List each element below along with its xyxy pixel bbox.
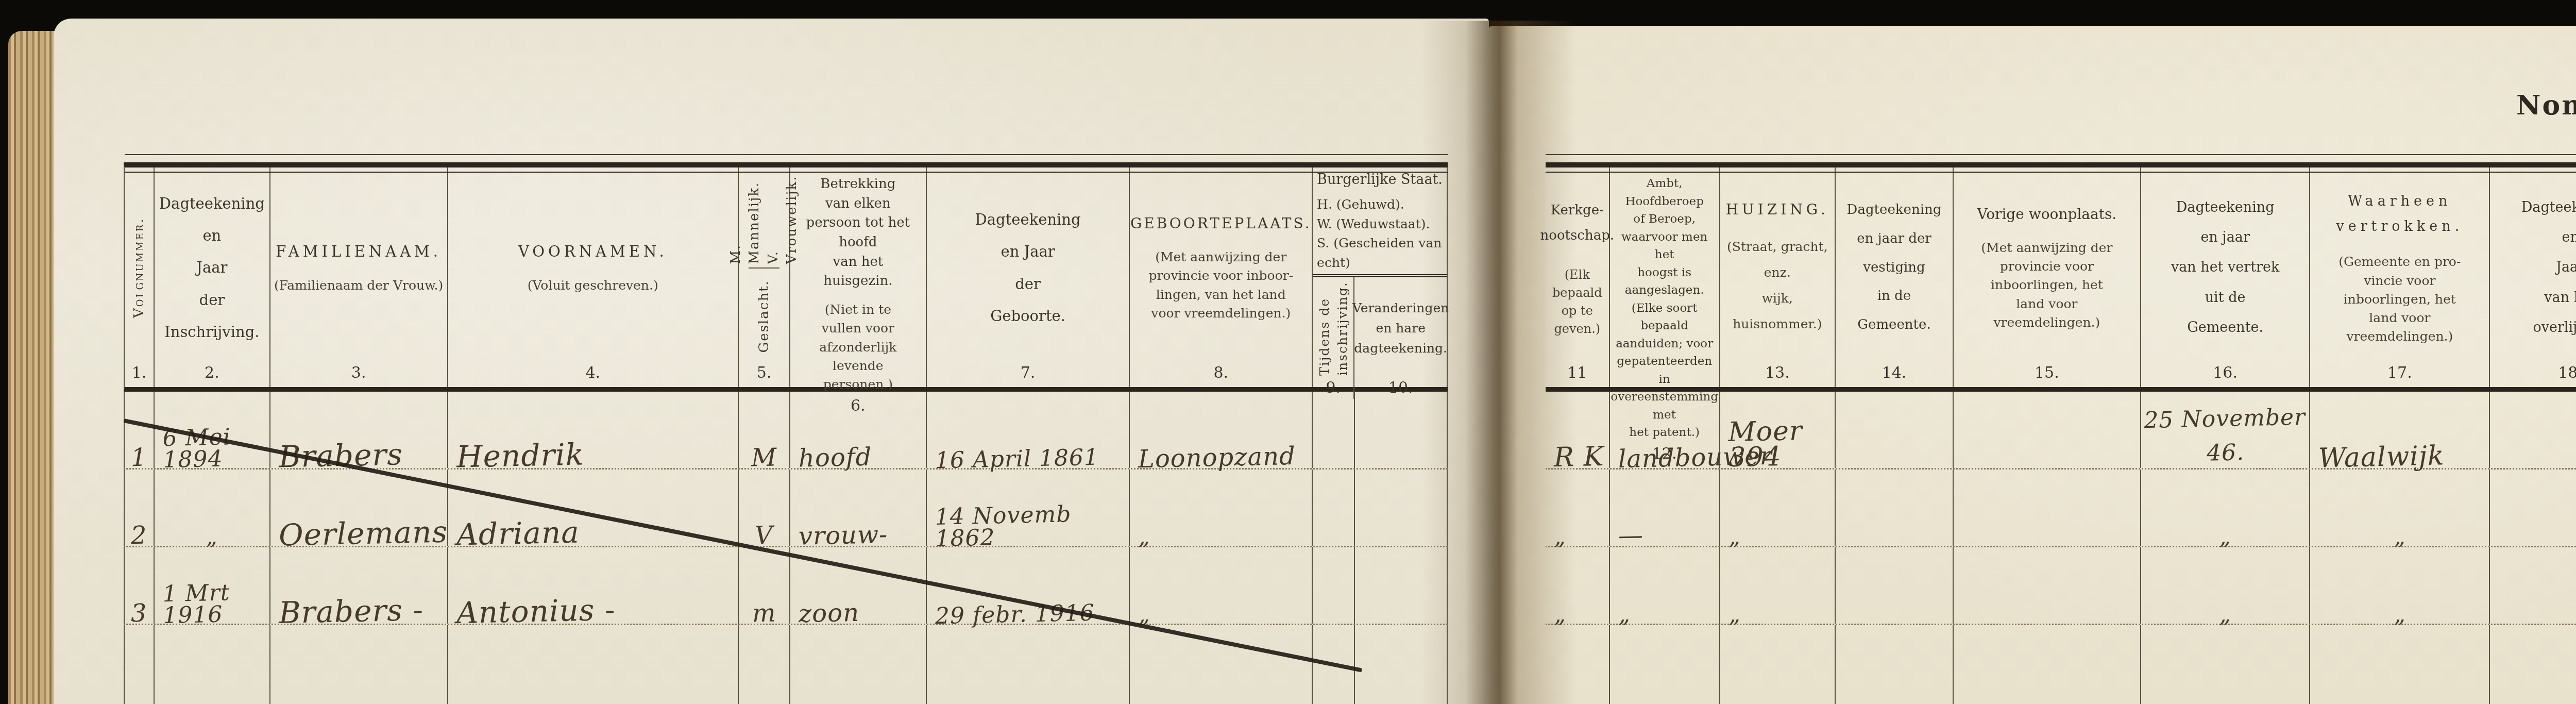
col18-title: Dagteekening en Jaar van het overlijden. (2521, 193, 2576, 342)
col-header-vestiging: Dagteekening en jaar der vestiging in de… (1836, 167, 1954, 387)
row3-betrekking: zoon (798, 601, 859, 626)
col-header-volgnummer: Volgnummer. 1. (125, 167, 155, 387)
col8-subtitle: (Met aanwijzing der provincie voor inboo… (1130, 248, 1312, 323)
record-row-2-right: „ — „ „ „ (1546, 470, 2576, 547)
row3-waarheen: „ (2394, 604, 2406, 626)
col-header-geslacht: M. Mannelijk. V. Vrouwelijk. Geslacht. 5… (739, 167, 790, 387)
col-header-vorige-woonplaats: Vorige woonplaats. (Met aanwijzing der p… (1954, 167, 2141, 387)
col8-number: 8. (1213, 361, 1228, 384)
col3-title: FAMILIENAAM. (274, 241, 443, 263)
row1-geboortedatum: 16 April 1861 (935, 447, 1099, 472)
col-header-inschrijving: Dagteekening en Jaar der Inschrijving. 2… (155, 167, 270, 387)
col11-title: Kerkge- nootschap. (1540, 198, 1615, 249)
col2-number: 2. (205, 361, 219, 384)
col-header-kerkgenootschap: Kerkge- nootschap. (Elk bepaald op te ge… (1546, 167, 1610, 387)
col10-title: Veranderingen en hare dagteekening. (1352, 281, 1449, 376)
col-header-overlijden: Dagteekening en Jaar van het overlijden.… (2490, 167, 2576, 387)
col6-subtitle: (Niet in te vullen voor afzonderlijk lev… (806, 300, 910, 394)
col16-number: 16. (2213, 361, 2238, 384)
col5-number: 5. (757, 361, 772, 384)
col5-title-top: M. Mannelijk. V. Vrouwelijk. (726, 175, 802, 264)
col2-title: Dagteekening en Jaar der Inschrijving. (158, 188, 266, 348)
row2-voornamen: Adriana (456, 518, 580, 549)
row3-huizing: „ (1728, 604, 1741, 626)
col-header-huizing: HUIZING. (Straat, gracht, enz. wijk, hui… (1720, 167, 1836, 387)
col5-title-bottom: Geslacht. (755, 272, 773, 361)
col-header-veranderingen: Veranderingen en hare dagteekening. 10. (1354, 277, 1447, 399)
row3-beroep: „ (1618, 604, 1631, 626)
row1-geslacht: M (751, 446, 777, 471)
population-register-scan: Nommer van het Blad 139. Volgnummer. 1. … (0, 0, 2576, 704)
col13-title: HUIZING. (1723, 199, 1832, 221)
col11-subtitle: (Elk bepaald op te geven.) (1540, 266, 1615, 338)
burgerlijke-staat-codes: H. (Gehuwd). W. (Weduwstaat). S. (Gesche… (1317, 195, 1443, 272)
row3-voornamen: Antonius - (456, 596, 616, 628)
col-header-geboorteplaats: GEBOORTEPLAATS. (Met aanwijzing der prov… (1130, 167, 1313, 387)
row1-kerkgenootschap: R K (1553, 444, 1604, 471)
row3-inschrijving: 1 Mrt 1916 (162, 581, 268, 627)
row2-huizing: „ (1728, 526, 1741, 548)
col16-title: Dagteekening en jaar van het vertrek uit… (2171, 193, 2279, 342)
col1-number: 1. (132, 361, 147, 384)
row1-voornamen: Hendrik (456, 440, 584, 471)
row2-beroep: — (1618, 524, 1643, 548)
sheet-number-heading: Nommer van het Blad 139. (2516, 70, 2576, 126)
col5-divider (749, 267, 779, 269)
col4-title: VOORNAMEN. (518, 241, 668, 263)
burgerlijke-staat-group: Burgerlijke Staat. H. (Gehuwd). W. (Wedu… (1313, 167, 1447, 277)
row2-betrekking: vrouw- (798, 524, 888, 549)
col10-number: 10. (1388, 376, 1413, 399)
row3-geboortedatum: 29 febr. 1916 (935, 602, 1094, 627)
col13-subtitle: (Straat, gracht, enz. wijk, huisnommer.) (1723, 234, 1832, 337)
register-table-left: Volgnummer. 1. Dagteekening en Jaar der … (124, 162, 1448, 704)
table-body-left: 1 6 Mei 1894 Brabers Hendrik M hoofd 16 … (124, 392, 1448, 704)
row3-vertrek: „ (2219, 604, 2232, 626)
col14-number: 14. (1882, 361, 1907, 384)
col-header-vertrek: Dagteekening en jaar van het vertrek uit… (2141, 167, 2311, 387)
record-row-3-left: 3 1 Mrt 1916 Brabers - Antonius - m zoon… (124, 547, 1448, 625)
row3-familienaam: Brabers - (278, 596, 423, 627)
col17-title: Waarheen vertrokken. (2336, 189, 2463, 239)
empty-row-4-right (1546, 625, 2576, 704)
row2-geslacht: V (755, 524, 774, 548)
col18-number: 18. (2558, 361, 2576, 384)
table-header-right: Kerkge- nootschap. (Elk bepaald op te ge… (1546, 162, 2576, 392)
row1-volgnummer: 1 (131, 446, 147, 470)
col17-subtitle: (Gemeente en pro- vincie voor inboorling… (2336, 253, 2463, 346)
row2-kerkgenootschap: „ (1554, 526, 1567, 548)
row2-vertrek: „ (2219, 526, 2232, 548)
register-table-right: Kerkge- nootschap. (Elk bepaald op te ge… (1546, 162, 2576, 704)
row2-waarheen: „ (2394, 526, 2406, 548)
row2-familienaam: Oerlemans (278, 517, 448, 549)
record-row-1-left: 1 6 Mei 1894 Brabers Hendrik M hoofd 16 … (124, 392, 1448, 470)
row3-geslacht: m (752, 602, 776, 626)
burgerlijke-staat-title: Burgerlijke Staat. (1317, 172, 1443, 188)
col4-subtitle: (Voluit geschreven.) (518, 276, 668, 295)
col-header-familienaam: FAMILIENAAM. (Familienaam der Vrouw.) 3. (270, 167, 448, 387)
row2-geboortedatum: 14 Novemb 1862 (935, 503, 1127, 550)
row1-betrekking: hoofd (798, 446, 872, 471)
row3-kerkgenootschap: „ (1554, 604, 1567, 626)
record-row-2-left: 2 „ Oerlemans Adriana V vrouw- 14 Novemb… (124, 470, 1448, 547)
col3-number: 3. (351, 361, 366, 384)
row2-geboorteplaats: „ (1138, 526, 1151, 548)
col8-title: GEBOORTEPLAATS. (1130, 213, 1312, 234)
col-header-geboortedatum: Dagteekening en Jaar der Geboorte. 7. (927, 167, 1130, 387)
col4-number: 4. (585, 361, 600, 384)
col6-title: Betrekking van elken persoon tot het hoo… (806, 175, 910, 291)
left-page-edges (8, 31, 56, 704)
sheet-number-label: Nommer van het Blad (2516, 90, 2576, 121)
table-header-left: Volgnummer. 1. Dagteekening en Jaar der … (124, 162, 1448, 392)
col1-title: Volgnummer. (130, 175, 148, 361)
col-header-burgerlijke-staat: Burgerlijke Staat. H. (Gehuwd). W. (Wedu… (1313, 167, 1448, 387)
col-header-voornamen: VOORNAMEN. (Voluit geschreven.) 4. (448, 167, 739, 387)
col12-title: Ambt, Hoofdberoep of Beroep, waarvoor me… (1611, 175, 1718, 442)
col14-title: Dagteekening en jaar der vestiging in de… (1847, 196, 1942, 340)
col9-number: 9. (1326, 376, 1341, 399)
row2-volgnummer: 2 (131, 524, 147, 548)
col-header-waarheen: Waarheen vertrokken. (Gemeente en pro- v… (2310, 167, 2490, 387)
col7-number: 7. (1021, 361, 1036, 384)
col3-subtitle: (Familienaam der Vrouw.) (274, 276, 443, 295)
row1-huizing: Moer 394 (1728, 418, 1833, 471)
col-header-beroep: Ambt, Hoofdberoep of Beroep, waarvoor me… (1610, 167, 1720, 387)
col-header-tijdens-inschrijving: Tijdens de inschrijving. 9. (1313, 277, 1354, 399)
col17-number: 17. (2387, 361, 2412, 384)
col15-subtitle: (Met aanwijzing der provincie voor inboo… (1977, 239, 2117, 332)
row1-vertrek: 25 November 46. (2144, 400, 2307, 472)
row1-geboorteplaats: Loonopzand (1138, 445, 1296, 472)
col15-title: Vorige woonplaats. (1977, 204, 2117, 225)
record-row-3-right: „ „ „ „ „ (1546, 547, 2576, 625)
row3-geboorteplaats: „ (1138, 604, 1151, 626)
col11-number: 11 (1567, 361, 1587, 384)
col-header-betrekking: Betrekking van elken persoon tot het hoo… (790, 167, 927, 387)
col13-number: 13. (1765, 361, 1790, 384)
row1-waarheen: Waalwijk (2318, 443, 2445, 471)
row2-inschrijving: „ (206, 526, 218, 548)
col9-title: Tijdens de inschrijving. (1315, 281, 1351, 376)
col15-number: 15. (2035, 361, 2059, 384)
row3-volgnummer: 3 (131, 602, 147, 626)
empty-row-4-left (124, 625, 1448, 704)
col6-number: 6. (851, 394, 866, 417)
col7-title: Dagteekening en Jaar der Geboorte. (975, 204, 1081, 332)
